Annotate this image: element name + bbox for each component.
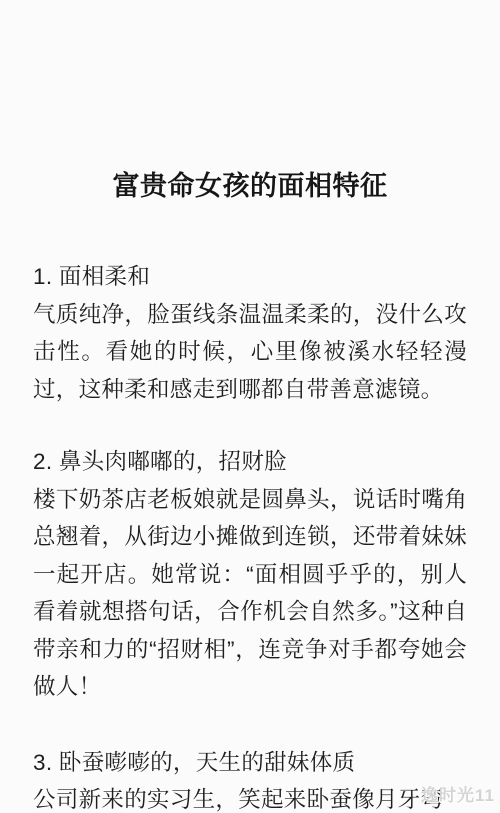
article-card: 富贵命女孩的面相特征 1. 面相柔和 气质纯净，脸蛋线条温温柔柔的，没什么攻击性… — [0, 0, 500, 813]
section-1-heading: 1. 面相柔和 — [33, 258, 467, 296]
section-2: 2. 鼻头肉嘟嘟的，招财脸 楼下奶茶店老板娘就是圆鼻头，说话时嘴角总翘着，从街边… — [33, 443, 467, 706]
section-3-body: 公司新来的实习生，笑起来卧蚕像月牙弯 — [33, 781, 467, 813]
section-3: 3. 卧蚕嘭嘭的，天生的甜妹体质 公司新来的实习生，笑起来卧蚕像月牙弯 — [33, 744, 467, 813]
section-1: 1. 面相柔和 气质纯净，脸蛋线条温温柔柔的，没什么攻击性。看她的时候，心里像被… — [33, 258, 467, 408]
page-title: 富贵命女孩的面相特征 — [33, 170, 467, 202]
article-content: 富贵命女孩的面相特征 1. 面相柔和 气质纯净，脸蛋线条温温柔柔的，没什么攻击性… — [0, 170, 500, 813]
author-watermark: 逸时光11 — [421, 781, 495, 806]
section-2-body: 楼下奶茶店老板娘就是圆鼻头，说话时嘴角总翘着，从街边小摊做到连锁，还带着妹妹一起… — [33, 481, 467, 706]
section-3-heading: 3. 卧蚕嘭嘭的，天生的甜妹体质 — [33, 744, 467, 782]
section-2-heading: 2. 鼻头肉嘟嘟的，招财脸 — [33, 443, 467, 481]
section-1-body: 气质纯净，脸蛋线条温温柔柔的，没什么攻击性。看她的时候，心里像被溪水轻轻漫过，这… — [33, 296, 467, 409]
